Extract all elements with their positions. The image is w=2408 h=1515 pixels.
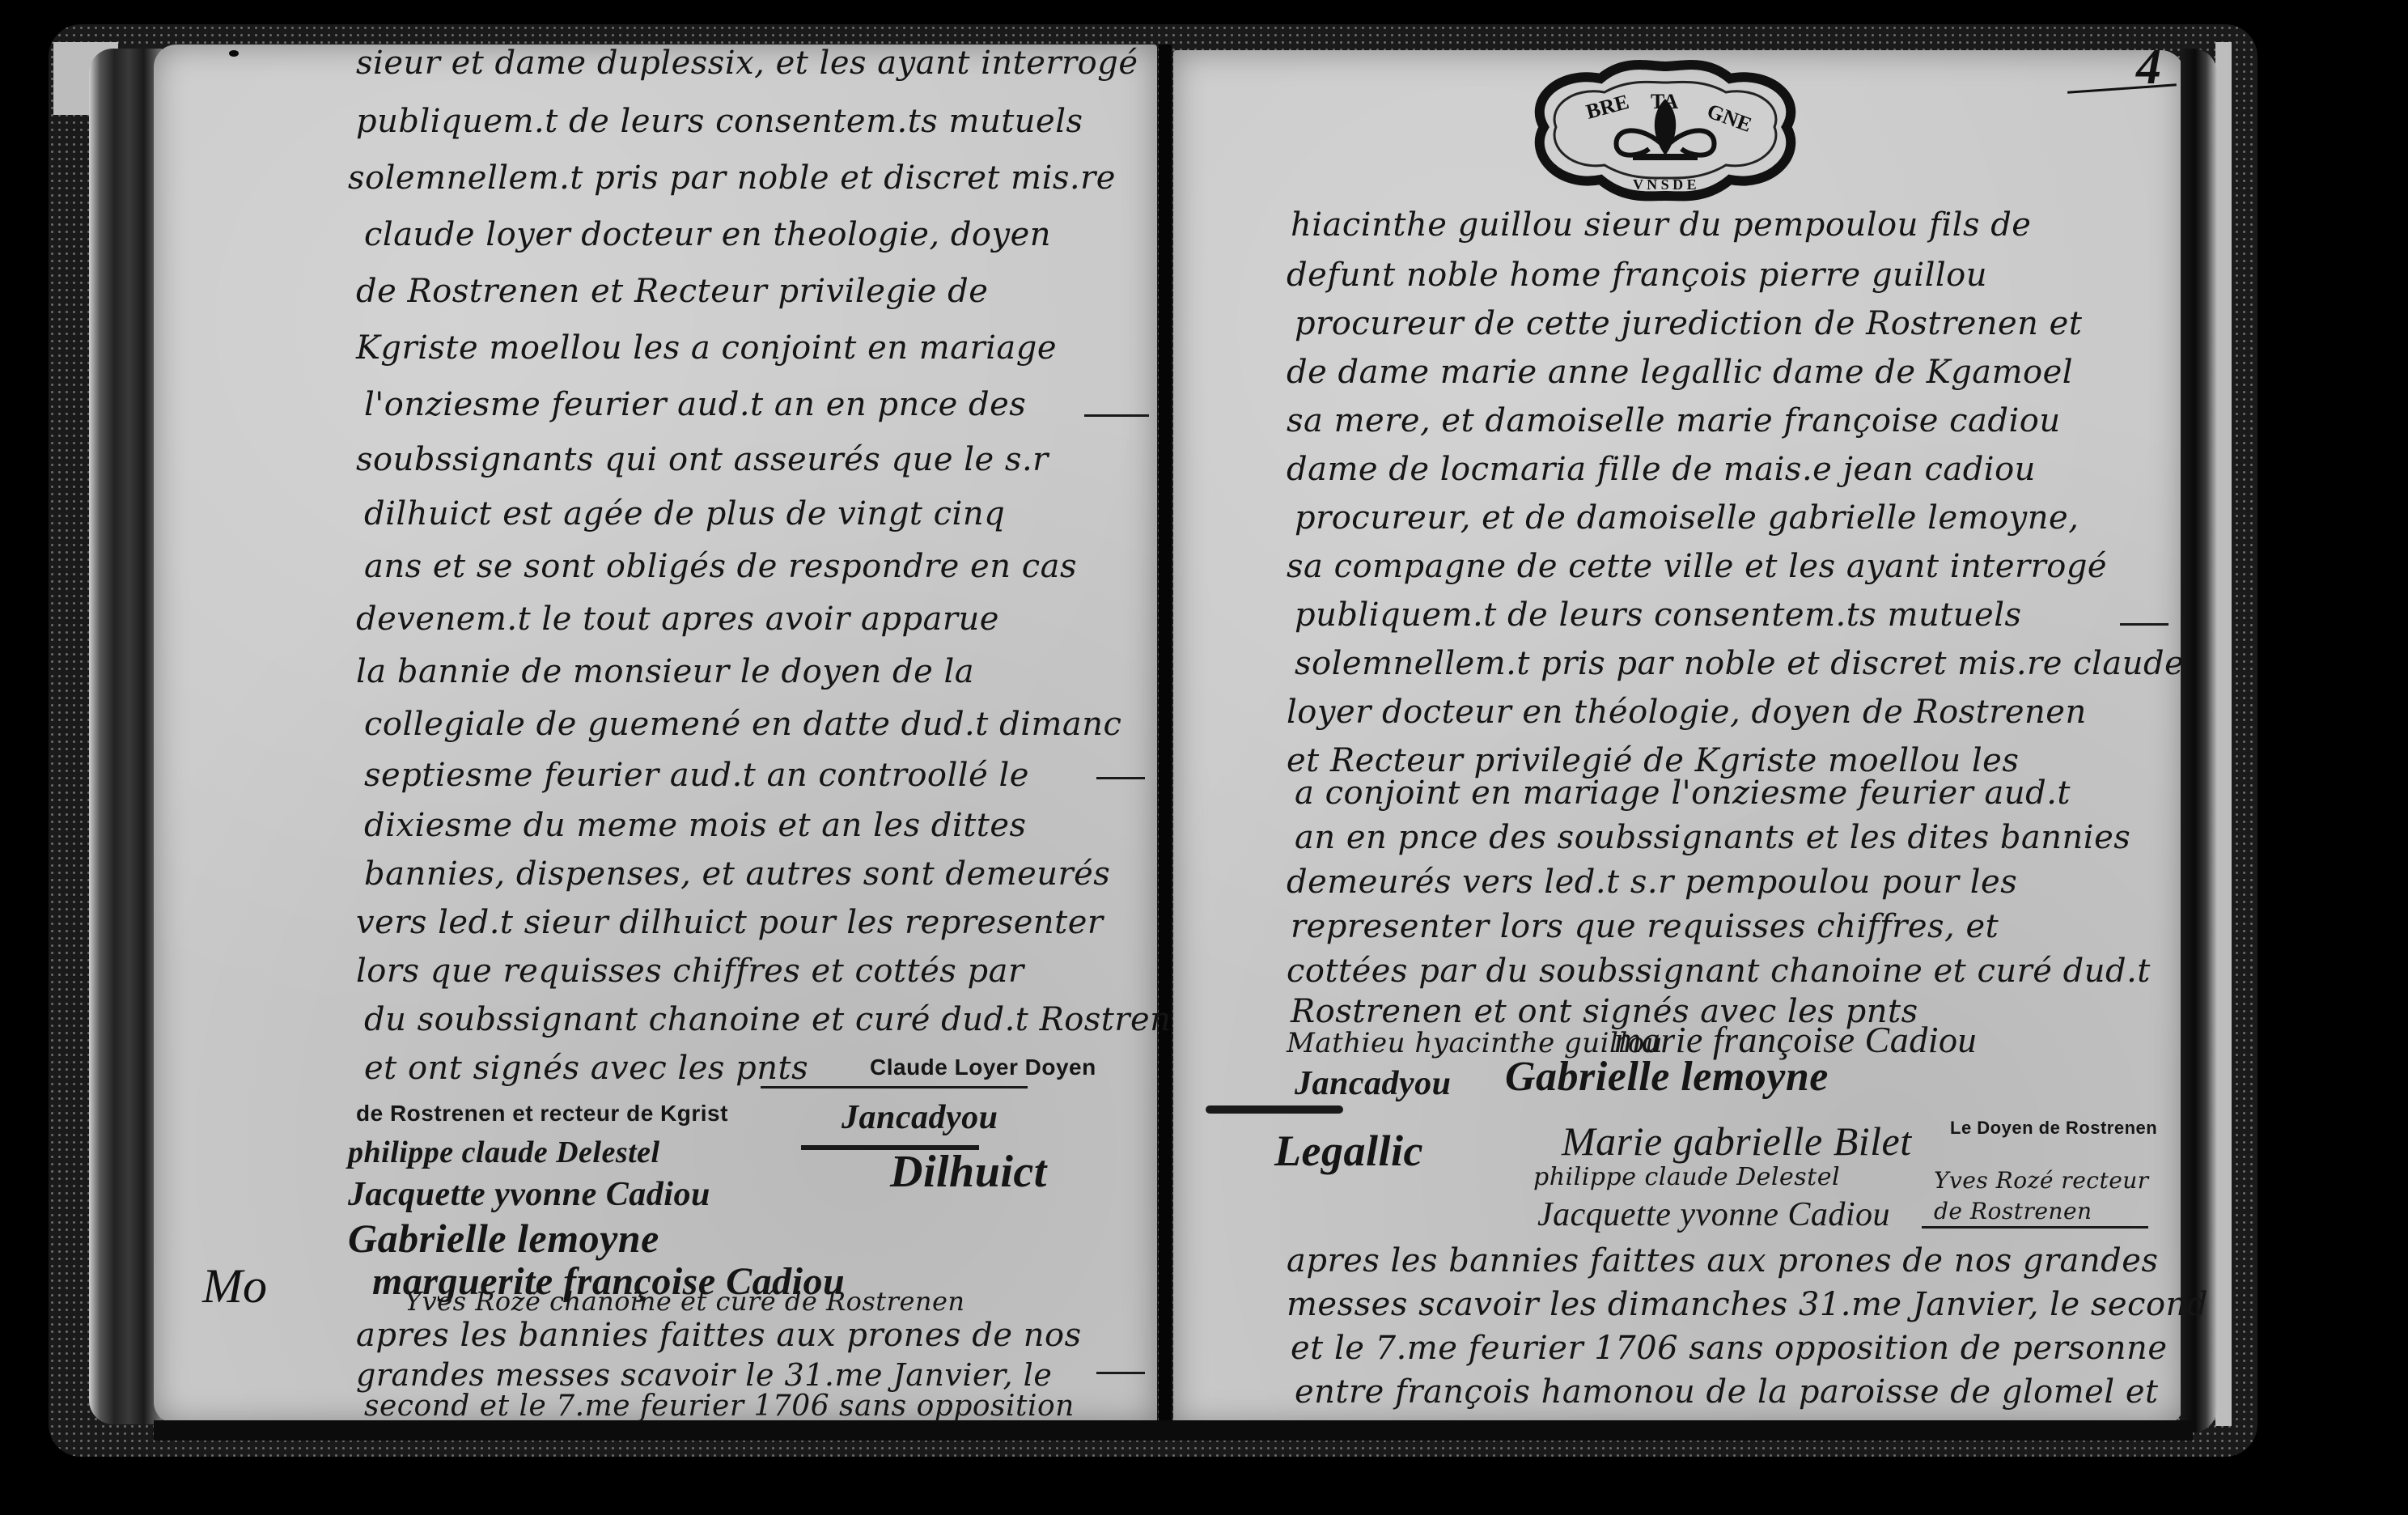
text-line: et ont signés avec les pnts bbox=[364, 1052, 808, 1084]
text-line: Kgriste moellou les a conjoint en mariag… bbox=[356, 332, 1057, 364]
ink-smudge bbox=[1206, 1105, 1343, 1114]
text-line: la bannie de monsieur le doyen de la bbox=[356, 656, 974, 688]
signature: Dilhuict bbox=[890, 1149, 1047, 1195]
text-line: hiacinthe guillou sieur du pempoulou fil… bbox=[1291, 209, 2031, 241]
text-line: a conjoint en mariage l'onziesme feurier… bbox=[1295, 777, 2071, 809]
signature-underline bbox=[1922, 1226, 2148, 1229]
text-line: septiesme feurier aud.t an controollé le bbox=[364, 759, 1029, 791]
text-line: publiquem.t de leurs consentem.ts mutuel… bbox=[356, 105, 1083, 138]
signature: Marie gabrielle Bilet bbox=[1562, 1121, 1912, 1161]
svg-text:TA: TA bbox=[1651, 90, 1678, 113]
text-line: et le 7.me feurier 1706 sans opposition … bbox=[1291, 1332, 2168, 1364]
signature-underline bbox=[801, 1145, 979, 1150]
text-line: solemnellem.t pris par noble et discret … bbox=[348, 162, 1116, 194]
svg-text:V N S D E: V N S D E bbox=[1633, 176, 1697, 193]
right-cover-strip bbox=[2215, 42, 2232, 1426]
text-line: representer lors que requisses chiffres,… bbox=[1291, 910, 1999, 943]
signature: de Rostrenen et recteur de Kgrist bbox=[356, 1102, 728, 1125]
text-line: entre françois hamonou de la paroisse de… bbox=[1295, 1376, 2159, 1408]
text-line: et Recteur privilegié de Kgriste moellou… bbox=[1287, 745, 2019, 777]
text-line: second et le 7.me feurier 1706 sans oppo… bbox=[364, 1392, 1075, 1421]
signature: Jancadyou bbox=[842, 1101, 998, 1135]
signature: Jancadyou bbox=[1295, 1067, 1452, 1101]
text-line: bannies, dispenses, et autres sont demeu… bbox=[364, 858, 1110, 890]
signature: Legallic bbox=[1274, 1129, 1423, 1173]
text-line: procureur de cette jurediction de Rostre… bbox=[1295, 308, 2082, 340]
line-end-dash bbox=[1084, 414, 1149, 417]
signature: Claude Loyer Doyen bbox=[870, 1056, 1096, 1079]
text-line: devenem.t le tout apres avoir apparue bbox=[356, 603, 999, 635]
text-line: lors que requisses chiffres et cottés pa… bbox=[356, 955, 1024, 987]
signature: Gabrielle lemoyne bbox=[1505, 1056, 1829, 1098]
signature-underline bbox=[761, 1086, 1028, 1089]
text-line: de Rostrenen et Recteur privilegie de bbox=[356, 275, 988, 308]
text-line: loyer docteur en théologie, doyen de Ros… bbox=[1287, 696, 2087, 728]
text-line: publiquem.t de leurs consentem.ts mutuel… bbox=[1295, 599, 2022, 631]
gutter bbox=[1159, 45, 1172, 1436]
signature: Le Doyen de Rostrenen bbox=[1950, 1119, 2157, 1137]
bretagne-stamp: BRE TA GNE V N S D E bbox=[1511, 50, 1819, 204]
text-line: l'onziesme feurier aud.t an en pnce des bbox=[364, 388, 1026, 421]
signature: Gabrielle lemoyne bbox=[348, 1218, 659, 1258]
text-line: soubssignants qui ont asseurés que le s.… bbox=[356, 443, 1049, 476]
text-line: apres les bannies faittes aux prones de … bbox=[356, 1319, 1082, 1352]
right-page-edges bbox=[2181, 49, 2217, 1432]
text-line: du soubssignant chanoine et curé dud.t R… bbox=[364, 1004, 1171, 1036]
text-line: ans et se sont obligés de respondre en c… bbox=[364, 550, 1077, 583]
line-end-dash bbox=[2120, 623, 2168, 626]
text-line: apres les bannies faittes aux prones de … bbox=[1287, 1245, 2158, 1277]
bottom-shadow bbox=[154, 1420, 2193, 1441]
text-line: grandes messes scavoir le 31.me Janvier,… bbox=[356, 1360, 1052, 1390]
text-line: dame de locmaria fille de mais.e jean ca… bbox=[1287, 453, 2036, 486]
signature: Yves Rozé recteur de Rostrenen bbox=[1934, 1165, 2168, 1227]
text-line: collegiale de guemené en datte dud.t dim… bbox=[364, 708, 1121, 741]
text-line: cottées par du soubssignant chanoine et … bbox=[1287, 955, 2151, 987]
line-end-dash bbox=[1096, 777, 1145, 779]
text-line: dixiesme du meme mois et an les dittes bbox=[364, 809, 1027, 842]
text-line: solemnellem.t pris par noble et discret … bbox=[1295, 647, 2184, 680]
text-line: demeurés vers led.t s.r pempoulou pour l… bbox=[1287, 866, 2017, 898]
text-line: an en pnce des soubssignants et les dite… bbox=[1295, 821, 2130, 854]
line-end-dash bbox=[1096, 1372, 1145, 1374]
text-line: sieur et dame duplessix, et les ayant in… bbox=[356, 47, 1138, 79]
text-line: sa mere, et damoiselle marie françoise c… bbox=[1287, 405, 2061, 437]
margin-note: Mo bbox=[202, 1258, 267, 1314]
text-line: claude loyer docteur en theologie, doyen bbox=[364, 219, 1051, 251]
left-page-edges bbox=[89, 49, 162, 1424]
text-line: sa compagne de cette ville et les ayant … bbox=[1287, 550, 2107, 583]
text-line: dilhuict est agée de plus de vingt cinq bbox=[364, 498, 1005, 530]
text-line: de dame marie anne legallic dame de Kgam… bbox=[1287, 356, 2073, 388]
signature: Mathieu hyacinthe guillou bbox=[1287, 1029, 1663, 1057]
fleur-de-lis-icon: BRE TA GNE V N S D E bbox=[1511, 50, 1819, 204]
text-line: defunt noble home françois pierre guillo… bbox=[1287, 259, 1987, 291]
text-line: messes scavoir les dimanches 31.me Janvi… bbox=[1287, 1288, 2208, 1321]
ink-spot bbox=[229, 50, 239, 57]
signature: Jacquette yvonne Cadiou bbox=[1537, 1198, 1890, 1232]
text-line: vers led.t sieur dilhuict pour les repre… bbox=[356, 906, 1104, 939]
signature: philippe claude Delestel bbox=[1533, 1165, 1840, 1190]
text-line: procureur, et de damoiselle gabrielle le… bbox=[1295, 502, 2079, 534]
signature: Yves Rozé chanoine et curé de Rostrenen bbox=[405, 1288, 965, 1314]
signature: Jacquette yvonne Cadiou bbox=[348, 1178, 710, 1212]
signature: philippe claude Delestel bbox=[348, 1137, 660, 1168]
